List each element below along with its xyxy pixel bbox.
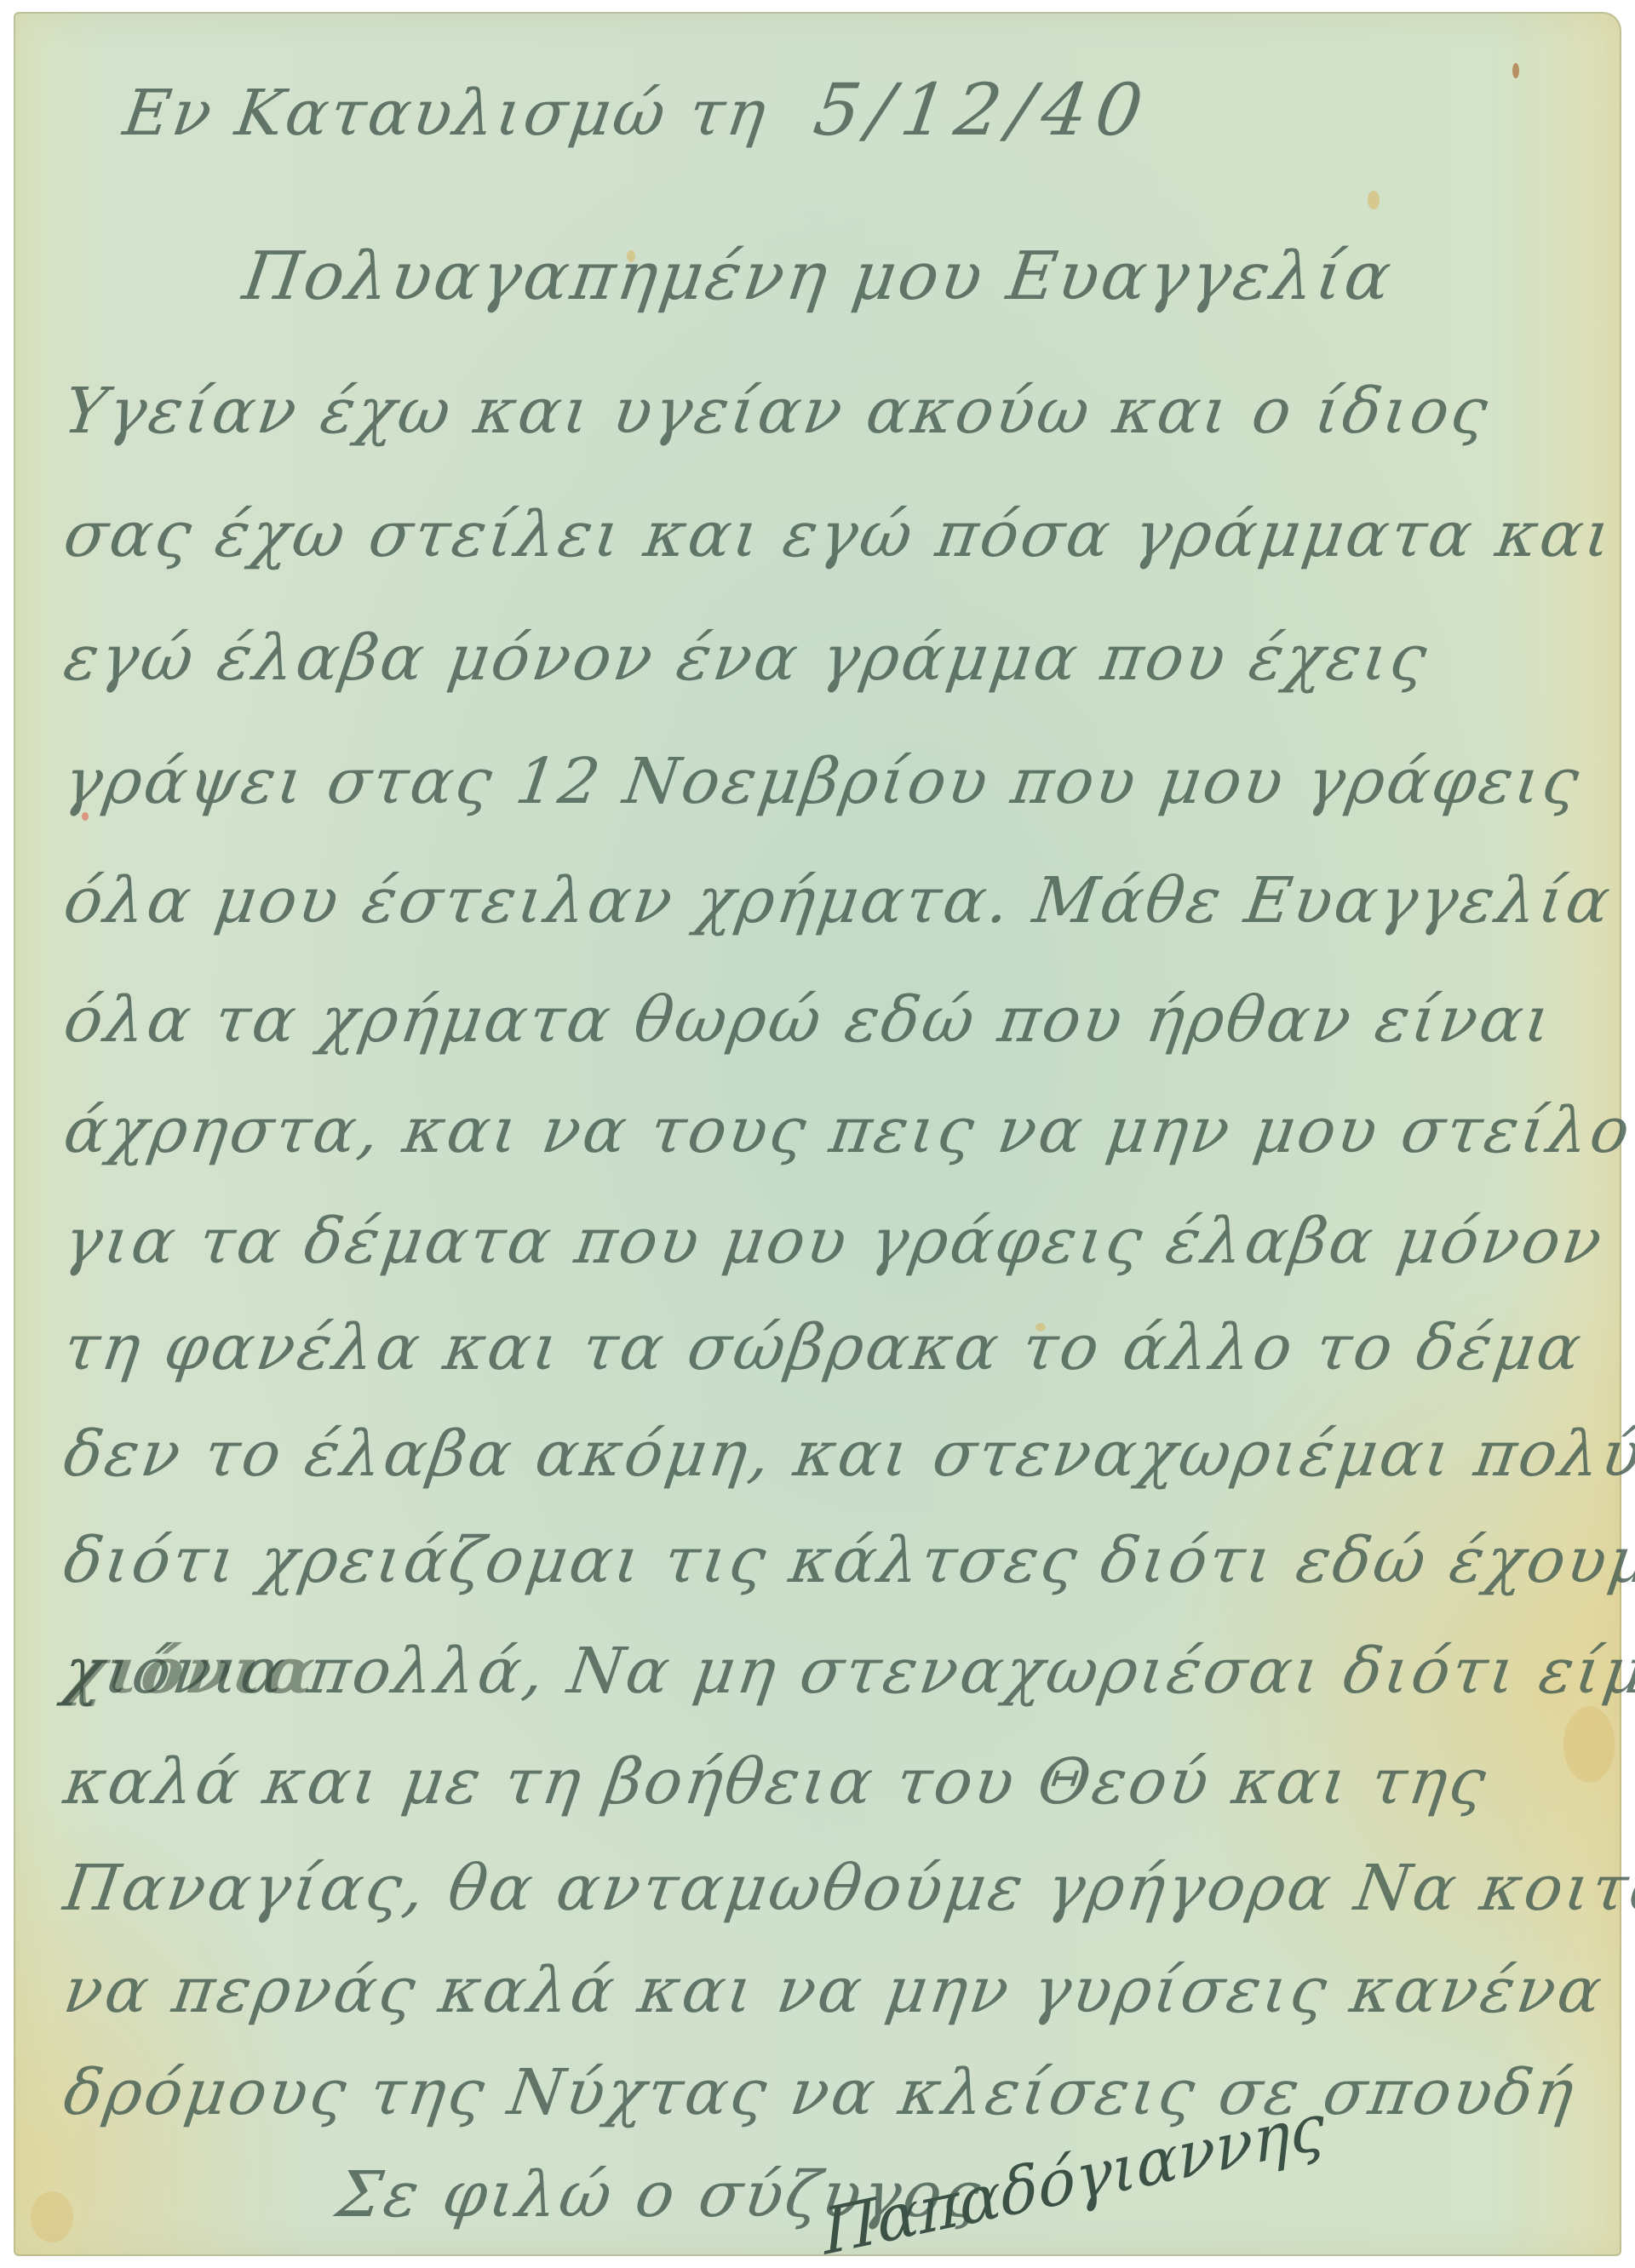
paper-stain xyxy=(1512,63,1519,78)
paper-stain xyxy=(1563,1706,1615,1783)
crossed-out-word: χιόνια xyxy=(60,1635,322,1708)
body-line-13: καλά και με τη βοήθεια του Θεού και της xyxy=(60,1745,1493,1818)
salutation: Πολυαγαπημένη μου Ευαγγελία xyxy=(238,238,1398,315)
body-line-2: σας έχω στείλει και εγώ πόσα γράμματα κα… xyxy=(60,498,1618,571)
body-line-9: τη φανέλα και τα σώβρακα το άλλο το δέμα xyxy=(60,1311,1588,1384)
body-line-15: να περνάς καλά και να μην γυρίσεις κανέν… xyxy=(60,1954,1609,2027)
paper-stain xyxy=(1368,191,1380,209)
body-line-3: εγώ έλαβα μόνον ένα γράμμα που έχεις xyxy=(60,621,1433,695)
body-line-7: άχρηστα, και να τους πεις να μην μου στε… xyxy=(60,1094,1635,1167)
body-line-16: δρόμους της Νύχτας να κλείσεις σε σπουδή xyxy=(60,2056,1580,2129)
body-line-1: Υγείαν έχω και υγείαν ακούω και ο ίδιος xyxy=(60,375,1494,448)
body-line-5: όλα μου έστειλαν χρήματα. Μάθε Ευαγγελία xyxy=(60,864,1617,937)
header-place: Εν Καταυλισμώ τη xyxy=(119,77,772,150)
body-line-8: για τα δέματα που μου γράφεις έλαβα μόνο… xyxy=(60,1205,1609,1278)
header-date: 5/12/40 xyxy=(809,68,1156,152)
body-line-10: δεν το έλαβα ακόμη, και στεναχωριέμαι πο… xyxy=(60,1417,1635,1491)
paper-stain xyxy=(31,2191,73,2242)
body-line-11: διότι χρειάζομαι τις κάλτσες διότι εδώ έ… xyxy=(60,1524,1635,1597)
body-line-14: Παναγίας, θα ανταμωθούμε γρήγορα Να κοιτ… xyxy=(60,1852,1635,1925)
body-line-6: όλα τα χρήματα θωρώ εδώ που ήρθαν είναι xyxy=(60,983,1558,1057)
body-line-4: γράψει στας 12 Νοεμβρίου που μου γράφεις xyxy=(60,745,1586,818)
